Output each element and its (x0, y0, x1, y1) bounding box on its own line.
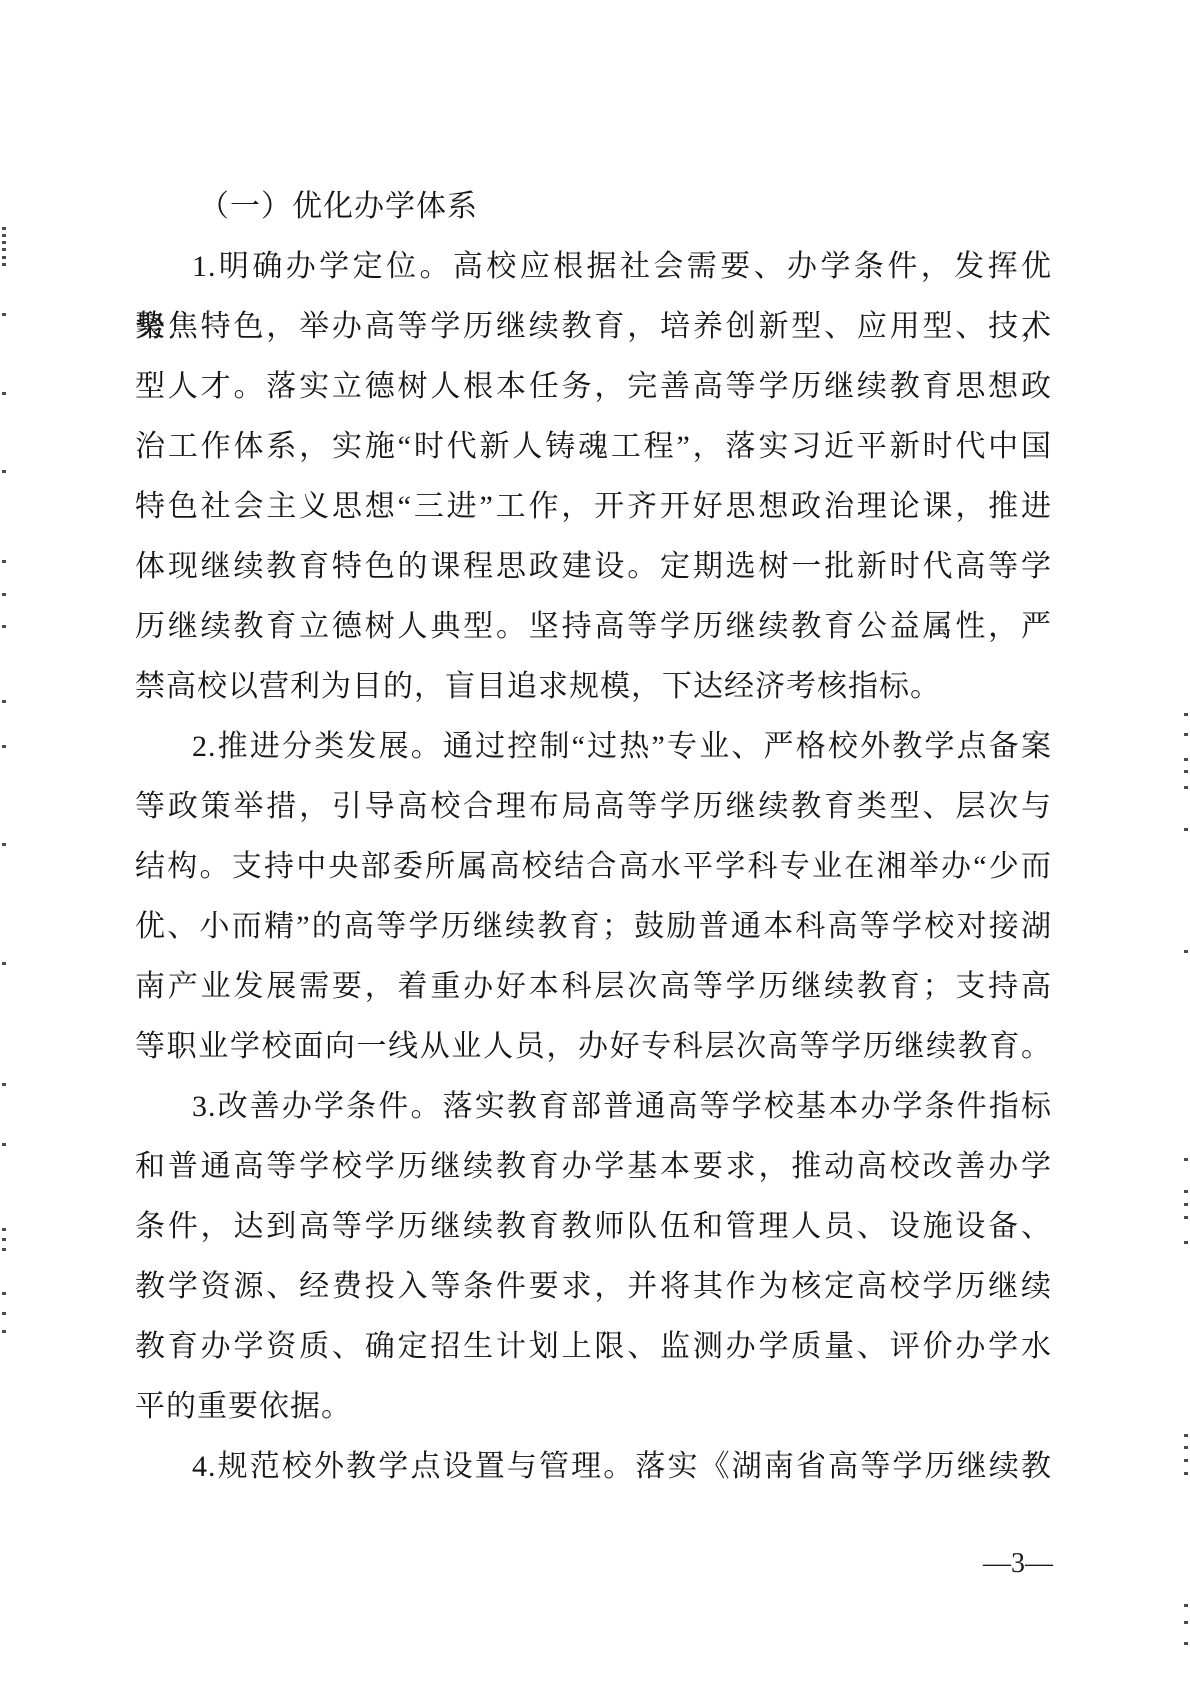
scan-speck (2, 1143, 6, 1146)
text-line: 2.推进分类发展。通过控制“过热”专业、严格校外教学点备案 (135, 717, 1052, 777)
scanned-document-page: （一）优化办学体系 1.明确办学定位。高校应根据社会需要、办学条件，发挥优势， … (0, 0, 1190, 1684)
scan-speck (2, 1312, 6, 1315)
text-line: 等政策举措，引导高校合理布局高等学历继续教育类型、层次与 (135, 777, 1052, 837)
text-line: 1.明确办学定位。高校应根据社会需要、办学条件，发挥优势， (135, 237, 1052, 297)
scan-speck (1184, 770, 1188, 773)
page-number: —3— (968, 1548, 1068, 1580)
scan-speck (2, 593, 6, 596)
text-line: 平的重要依据。 (135, 1377, 1052, 1437)
scan-speck (2, 1292, 6, 1295)
scan-speck (2, 843, 6, 846)
scan-speck (2, 700, 6, 703)
text-line: 3.改善办学条件。落实教育部普通高等学校基本办学条件指标 (135, 1077, 1052, 1137)
scan-speck (1184, 1459, 1188, 1462)
text-line: 优、小而精”的高等学历继续教育；鼓励普通本科高等学校对接湖 (135, 897, 1052, 957)
scan-speck (2, 248, 6, 251)
scan-speck (1184, 1472, 1188, 1475)
scan-speck (2, 313, 6, 316)
text-line: 聚焦特色，举办高等学历继续教育，培养创新型、应用型、技术 (135, 297, 1052, 357)
scan-speck (1184, 713, 1188, 716)
scan-speck (2, 234, 6, 237)
text-line: 和普通高等学校学历继续教育办学基本要求，推动高校改善办学 (135, 1137, 1052, 1197)
scan-speck (2, 1083, 6, 1086)
text-line: 特色社会主义思想“三进”工作，开齐开好思想政治理论课，推进 (135, 477, 1052, 537)
scan-speck (1184, 1621, 1188, 1624)
scan-speck (1184, 786, 1188, 789)
scan-speck (1184, 1190, 1188, 1193)
text-line: 南产业发展需要，着重办好本科层次高等学历继续教育；支持高 (135, 957, 1052, 1017)
scan-speck (1184, 1642, 1188, 1645)
text-line: 禁高校以营利为目的，盲目追求规模，下达经济考核指标。 (135, 657, 1052, 717)
text-line: 体现继续教育特色的课程思政建设。定期选树一批新时代高等学 (135, 537, 1052, 597)
scan-speck (1184, 1216, 1188, 1219)
section-heading: （一）优化办学体系 (135, 177, 1052, 237)
text-line: 治工作体系，实施“时代新人铸魂工程”，落实习近平新时代中国 (135, 417, 1052, 477)
text-line: 教学资源、经费投入等条件要求，并将其作为核定高校学历继续 (135, 1257, 1052, 1317)
scan-speck (2, 1330, 6, 1333)
scan-speck (2, 1238, 6, 1241)
text-line: 条件，达到高等学历继续教育教师队伍和管理人员、设施设备、 (135, 1197, 1052, 1257)
text-line: 历继续教育立德树人典型。坚持高等学历继续教育公益属性，严 (135, 597, 1052, 657)
scan-speck (1184, 1434, 1188, 1437)
scan-speck (1184, 950, 1188, 953)
scan-speck (1184, 1158, 1188, 1161)
text-line: 教育办学资质、确定招生计划上限、监测办学质量、评价办学水 (135, 1317, 1052, 1377)
text-line: 4.规范校外教学点设置与管理。落实《湖南省高等学历继续教 (135, 1437, 1052, 1497)
scan-speck (1184, 828, 1188, 831)
scan-speck (2, 745, 6, 748)
scan-speck (1184, 1446, 1188, 1449)
scan-speck (2, 470, 6, 473)
scan-speck (2, 625, 6, 628)
scan-speck (2, 227, 6, 230)
scan-speck (1184, 733, 1188, 736)
scan-speck (1184, 758, 1188, 761)
document-body: （一）优化办学体系 1.明确办学定位。高校应根据社会需要、办学条件，发挥优势， … (135, 177, 1052, 1497)
scan-speck (1184, 1203, 1188, 1206)
scan-speck (2, 241, 6, 244)
scan-speck (2, 1248, 6, 1251)
scan-speck (1184, 1604, 1188, 1607)
scan-speck (2, 962, 6, 965)
scan-speck (2, 263, 6, 266)
text-line: 型人才。落实立德树人根本任务，完善高等学历继续教育思想政 (135, 357, 1052, 417)
text-line: 等职业学校面向一线从业人员，办好专科层次高等学历继续教育。 (135, 1017, 1052, 1077)
text-line: 结构。支持中央部委所属高校结合高水平学科专业在湘举办“少而 (135, 837, 1052, 897)
scan-speck (2, 392, 6, 395)
scan-speck (2, 1228, 6, 1231)
scan-speck (2, 256, 6, 259)
scan-speck (2, 560, 6, 563)
scan-speck (1184, 1241, 1188, 1244)
